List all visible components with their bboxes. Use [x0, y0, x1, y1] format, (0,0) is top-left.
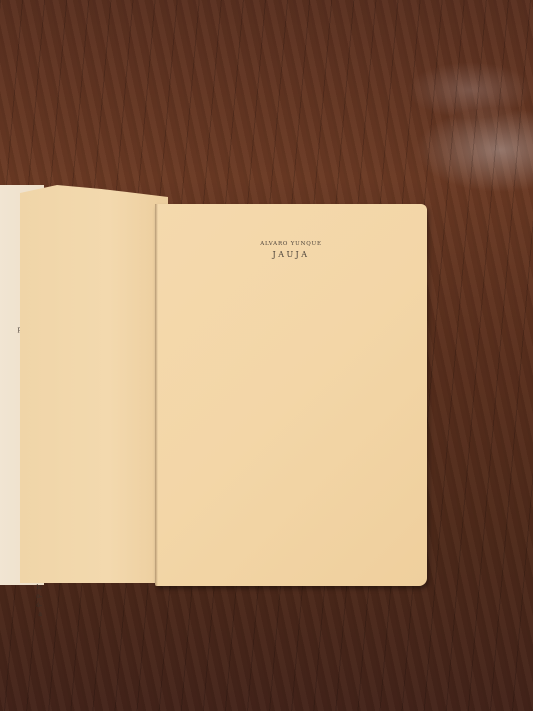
title-page [155, 204, 427, 586]
author-name: ALVARO YUNQUE [155, 241, 427, 247]
book-gutter [155, 204, 158, 586]
left-page [20, 185, 168, 583]
book-title: JAUJA [155, 250, 427, 259]
